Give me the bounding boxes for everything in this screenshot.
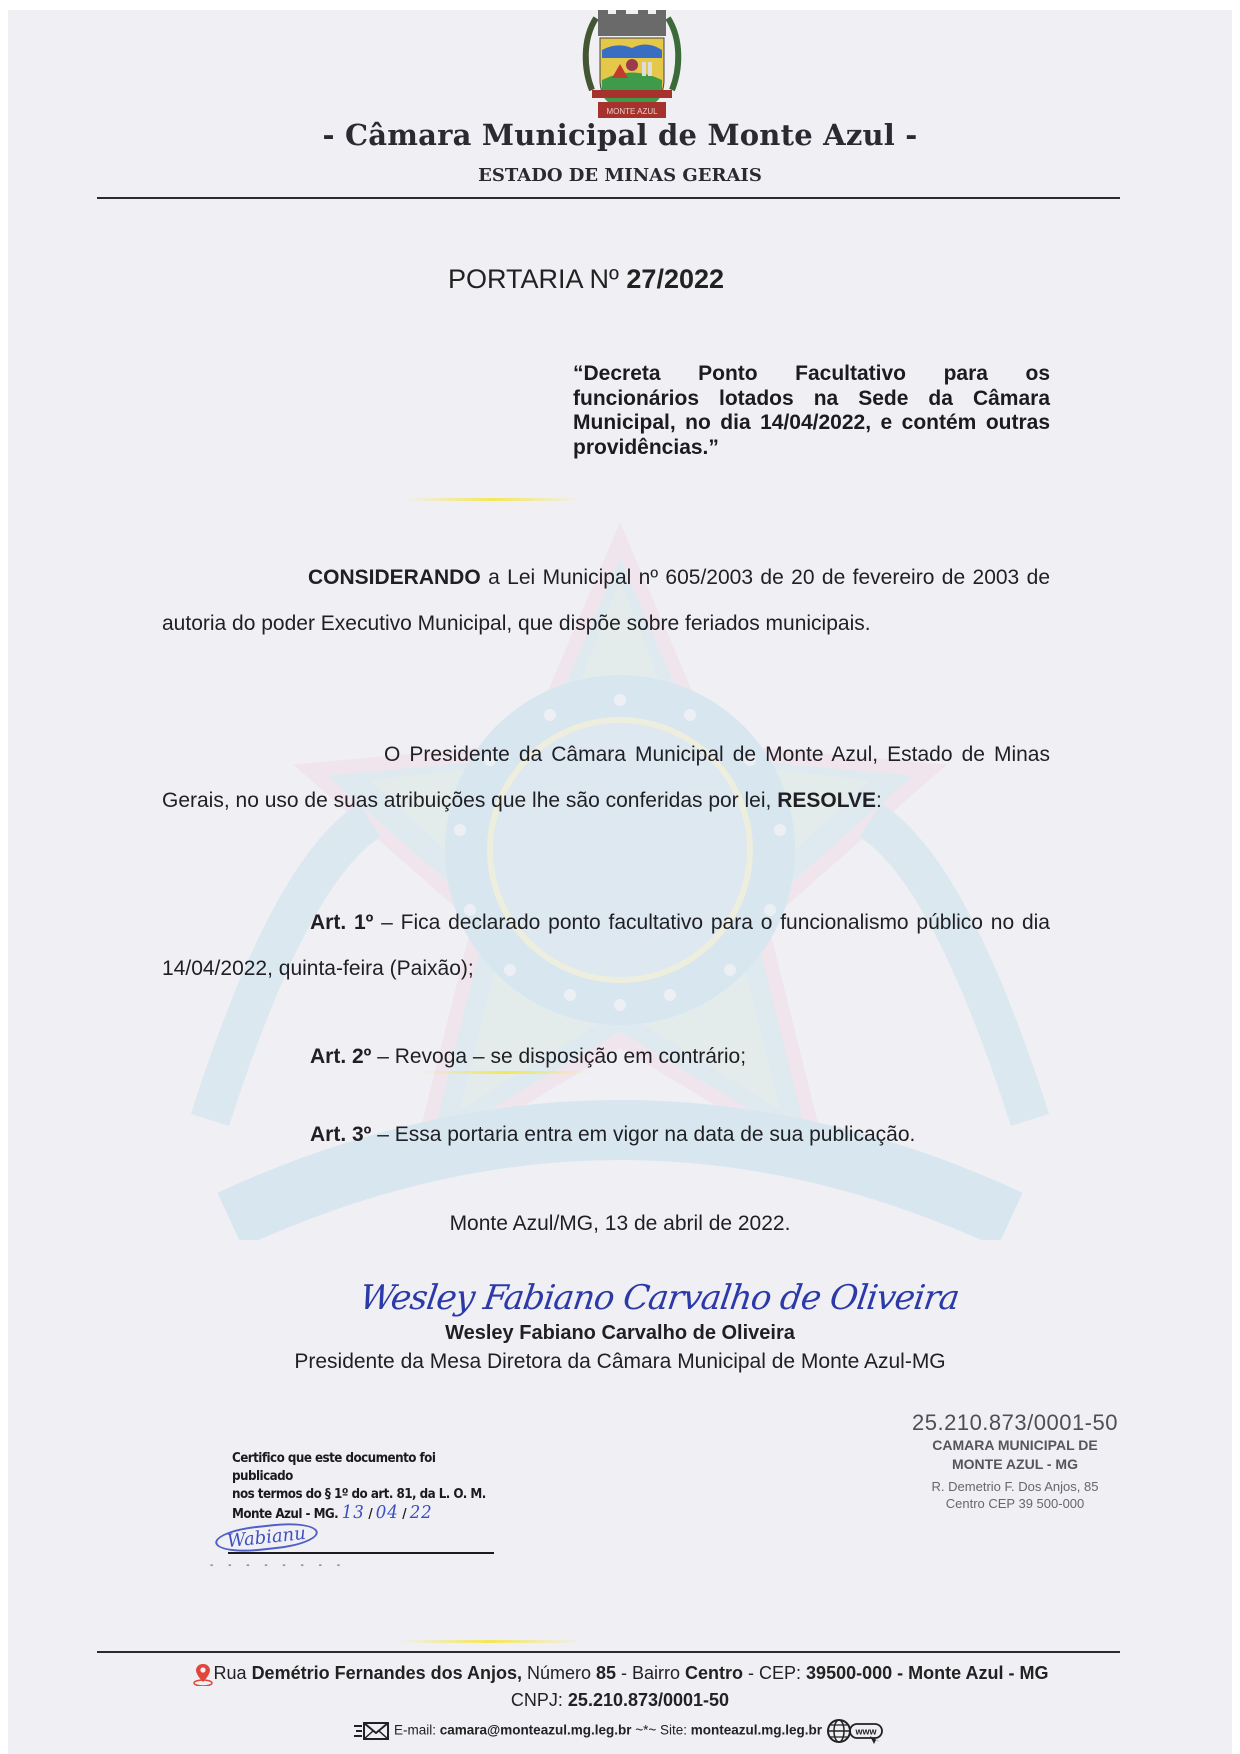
footer-cnpj: CNPJ: 25.210.873/0001-50 [0,1690,1240,1711]
footer-cep: 39500-000 [806,1663,892,1683]
article-3-label: Art. 3º [310,1123,371,1146]
footer-street: Demétrio Fernandes dos Anjos, [252,1663,522,1683]
site-label: Site: [660,1723,691,1738]
preamble-text: O Presidente da Câmara Municipal de Mont… [162,743,1050,812]
contact-separator: ~*~ [631,1723,660,1738]
state-name: ESTADO DE MINAS GERAIS [0,165,1240,186]
publication-certificate: Certifico que este documento foi publica… [232,1450,490,1524]
header-divider [97,197,1120,199]
site-link[interactable]: monteazul.mg.leg.br [691,1723,822,1738]
cert-line-3: Monte Azul - MG. 13 / 04 / 22 [232,1504,490,1524]
preamble-paragraph: O Presidente da Câmara Municipal de Mont… [162,732,1050,824]
globe-www-icon: www [826,1718,886,1744]
considerando-paragraph: CONSIDERANDO a Lei Municipal nº 605/2003… [162,555,1050,647]
article-1-label: Art. 1º [310,911,373,934]
highlight-mark [405,498,580,501]
footer-contact: E-mail: camara@monteazul.mg.leg.br ~*~ S… [0,1718,1240,1744]
stamp-address-2: Centro CEP 39 500-000 [890,1495,1140,1512]
municipal-coat-of-arms-logo: MONTE AZUL [562,10,702,122]
considerando-lead: CONSIDERANDO [308,566,481,589]
article-2-text: – Revoga – se disposição em contrário; [371,1045,746,1068]
svg-text:www: www [854,1727,877,1737]
footer-cnpj-value: 25.210.873/0001-50 [568,1690,729,1710]
email-link[interactable]: camara@monteazul.mg.leg.br [440,1723,632,1738]
footer-cnpj-label: CNPJ: [511,1690,568,1710]
svg-text:MONTE AZUL: MONTE AZUL [606,107,658,116]
footer-bairro-label: - Bairro [616,1663,685,1683]
stamp-name-2: MONTE AZUL - MG [890,1455,1140,1474]
footer-cep-label: - CEP: [743,1663,806,1683]
considerando-text: a Lei Municipal nº 605/2003 de 20 de fev… [162,566,1050,635]
signer-role: Presidente da Mesa Diretora da Câmara Mu… [0,1350,1240,1374]
cnpj-stamp: 25.210.873/0001-50 CAMARA MUNICIPAL DE M… [890,1410,1140,1512]
highlight-mark [420,1071,590,1074]
resolve-keyword: RESOLVE [777,789,876,812]
title-number: 27/2022 [626,264,724,294]
article-3: Art. 3º – Essa portaria entra em vigor n… [162,1112,1050,1158]
stamp-address-1: R. Demetrio F. Dos Anjos, 85 [890,1478,1140,1495]
highlight-mark [400,1640,580,1643]
footer-city: - Monte Azul - MG [892,1663,1048,1683]
location-pin-icon [192,1662,214,1686]
cert-place: Monte Azul - MG. [232,1507,342,1522]
cert-line-1: Certifico que este documento foi publica… [232,1450,490,1486]
footer-numero-label: Número [522,1663,596,1683]
footer-numero: 85 [596,1663,616,1683]
cert-signature-line [228,1552,494,1554]
institution-name: - Câmara Municipal de Monte Azul - [0,118,1240,152]
footer-bairro: Centro [685,1663,743,1683]
footer-address: Rua Demétrio Fernandes dos Anjos, Número… [0,1662,1240,1686]
article-1-text: – Fica declarado ponto facultativo para … [162,911,1050,980]
article-3-text: – Essa portaria entra em vigor na data d… [371,1123,915,1146]
place-and-date: Monte Azul/MG, 13 de abril de 2022. [0,1212,1240,1236]
article-2: Art. 2º – Revoga – se disposição em cont… [162,1034,1050,1080]
cert-dotted-line: - - - - - - - - [210,1560,346,1571]
footer-rua: Rua [214,1663,252,1683]
cert-year: 22 [410,1502,433,1523]
email-envelope-icon [354,1721,390,1741]
document-title: PORTARIA Nº 27/2022 [448,264,724,295]
article-2-label: Art. 2º [310,1045,371,1068]
ementa-summary: “Decreta Ponto Facultativo para os funci… [573,362,1050,460]
handwritten-signature: Wesley Fabiano Carvalho de Oliveira [357,1278,961,1318]
cert-day: 13 [342,1502,365,1523]
footer-divider [97,1651,1120,1653]
cert-month: 04 [376,1502,399,1523]
signer-name: Wesley Fabiano Carvalho de Oliveira [0,1322,1240,1345]
stamp-cnpj: 25.210.873/0001-50 [890,1410,1140,1436]
title-prefix: PORTARIA Nº [448,264,626,294]
stamp-name-1: CAMARA MUNICIPAL DE [890,1436,1140,1455]
article-1: Art. 1º – Fica declarado ponto facultati… [162,900,1050,992]
email-label: E-mail: [394,1723,440,1738]
resolve-suffix: : [876,789,882,812]
